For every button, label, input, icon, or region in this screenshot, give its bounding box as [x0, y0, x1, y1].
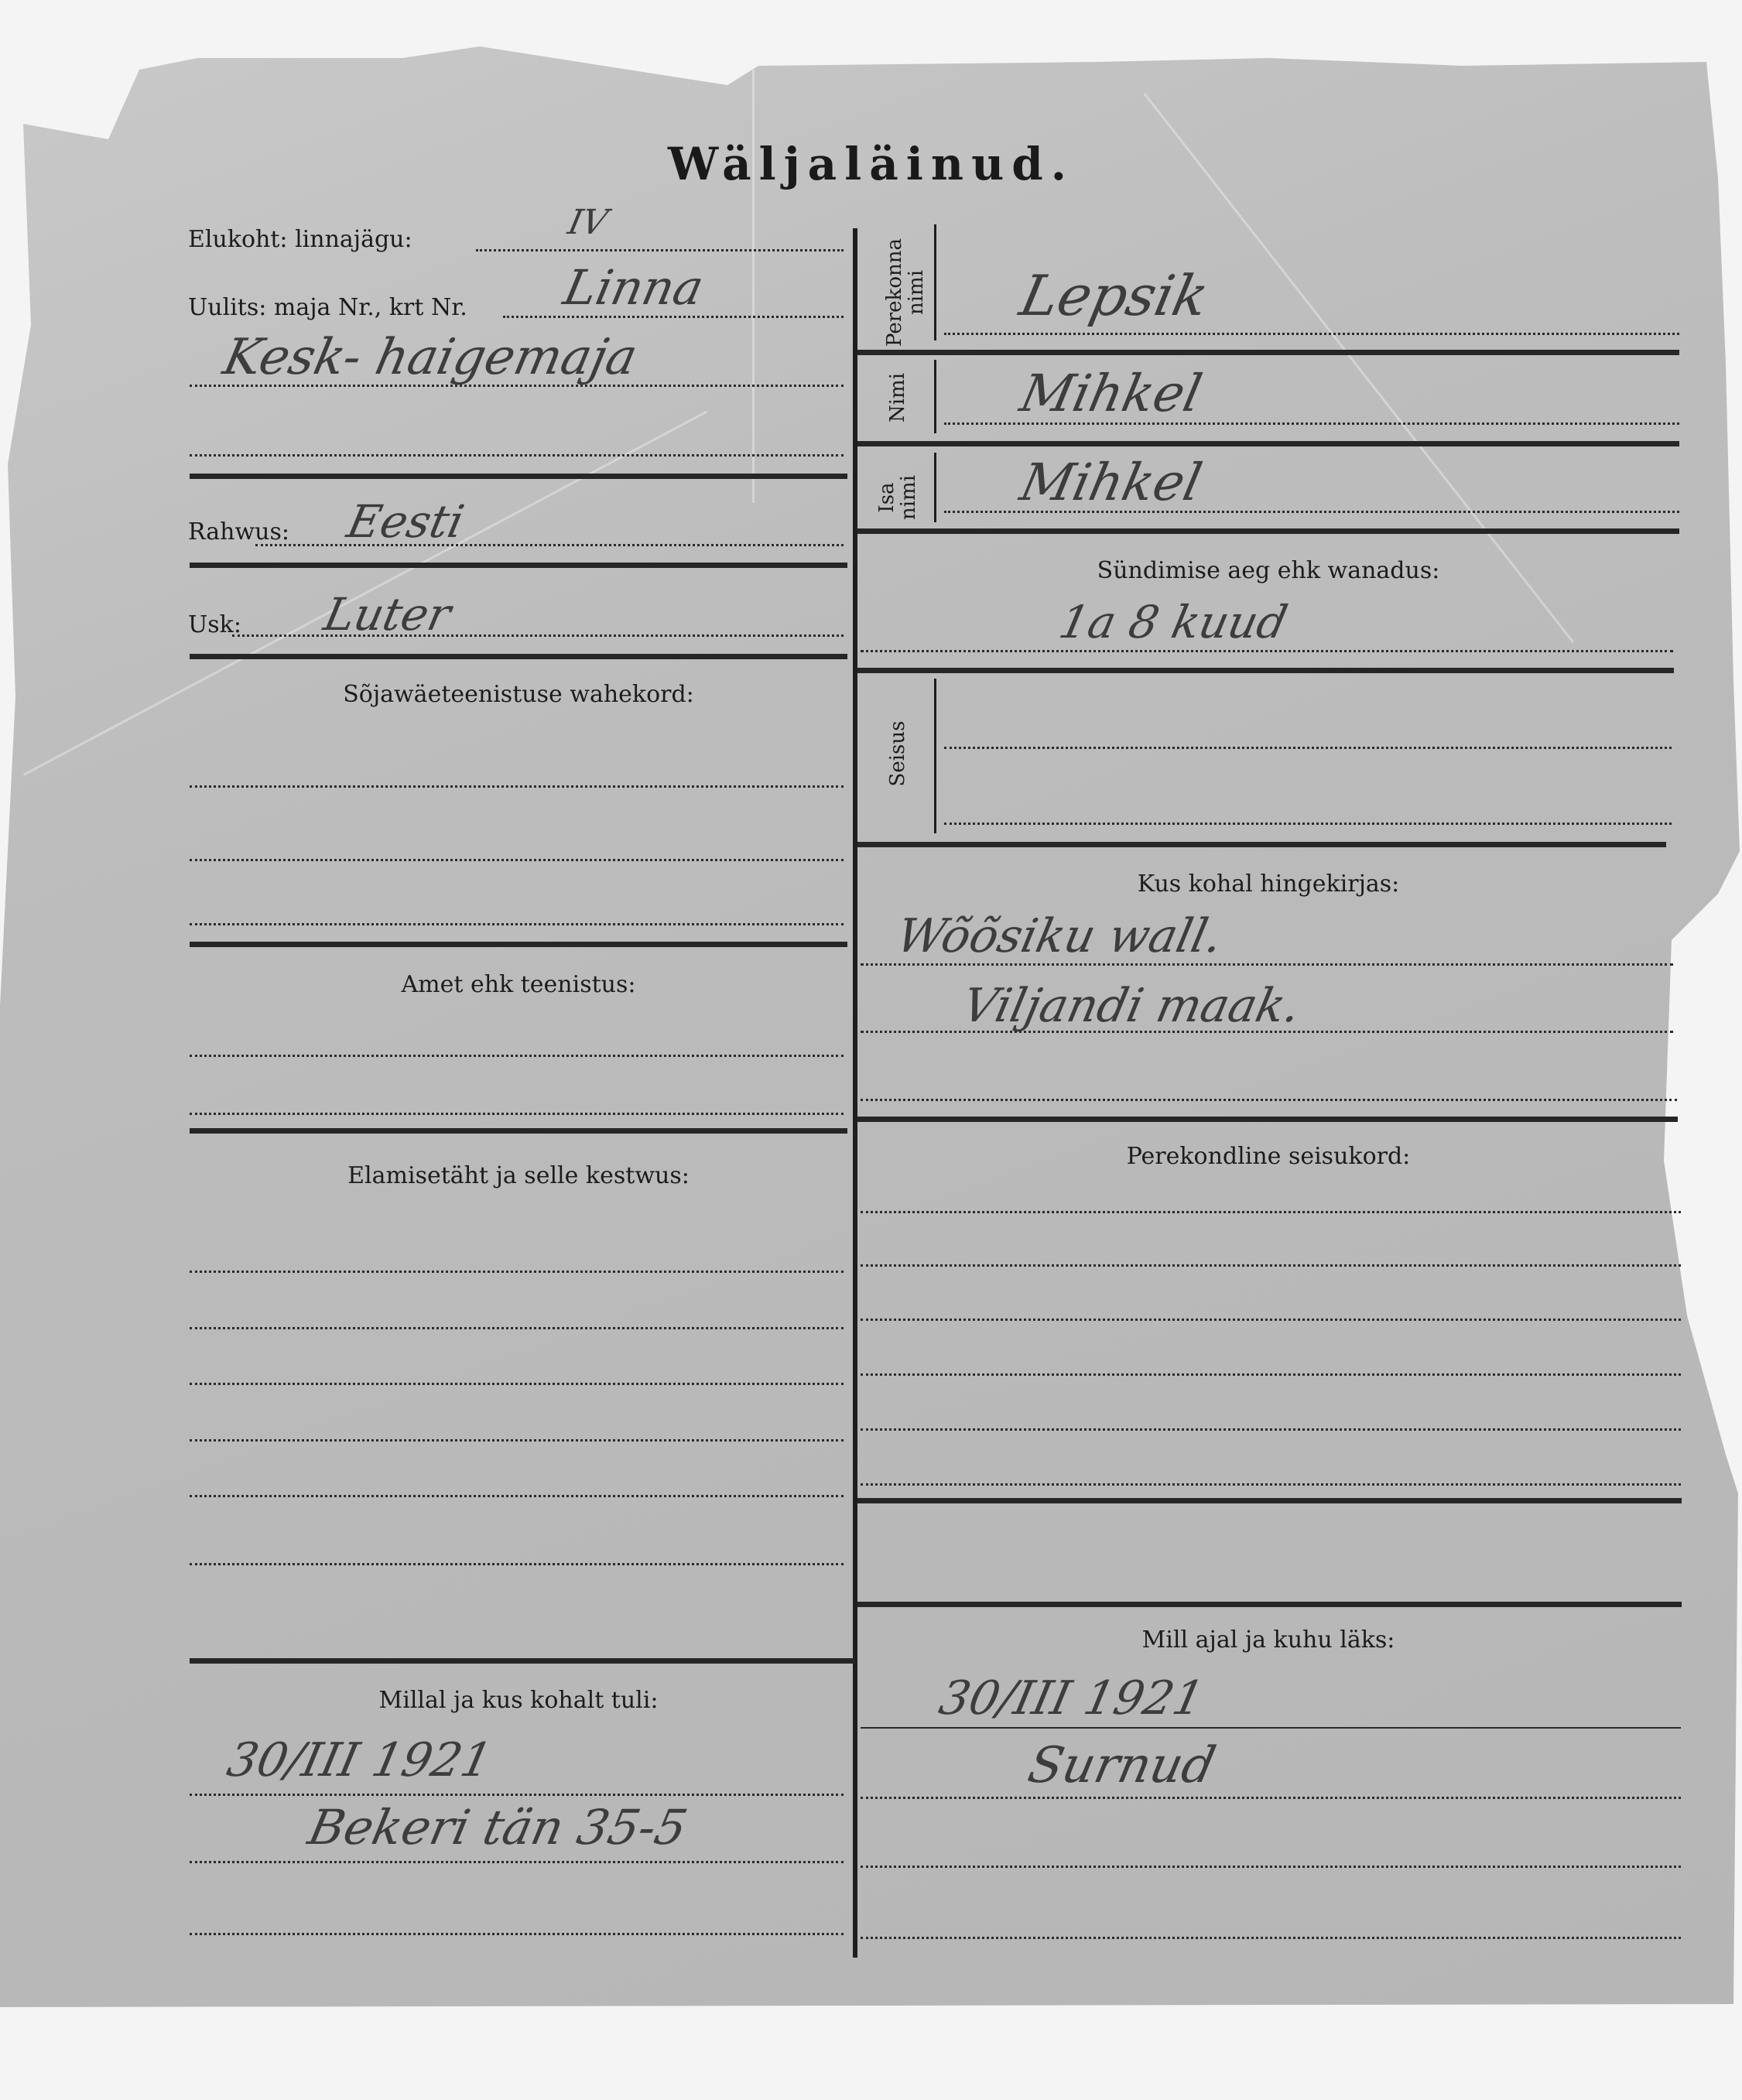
paper-crease	[752, 70, 755, 503]
sojavae-line-1	[190, 785, 844, 788]
elamise-label: Elamisetäht ja selle kestwus:	[190, 1162, 847, 1189]
usk-value: Luter	[320, 588, 456, 641]
elamise-line-5	[190, 1495, 844, 1497]
name-block-divider	[934, 453, 936, 522]
perekonna-value: Lepsik	[1015, 263, 1214, 328]
sojavae-line-2	[190, 859, 844, 861]
sojavae-label: Sõjawäeteenistuse wahekord:	[190, 681, 847, 708]
sundimise-value: 1a 8 kuud	[1055, 596, 1292, 648]
rahwus-value: Eesti	[343, 495, 469, 548]
section-rule	[857, 1498, 1682, 1503]
section-rule	[857, 1117, 1678, 1122]
hingekirjas-label: Kus kohal hingekirjas:	[857, 870, 1679, 898]
elamise-line-3	[190, 1383, 844, 1385]
perekondline-line-3	[861, 1318, 1681, 1321]
millal-tuli-label: Millal ja kus kohalt tuli:	[190, 1687, 847, 1714]
millal-tuli-line-1	[190, 1794, 844, 1796]
elamise-line-6	[190, 1563, 844, 1565]
name-block-divider	[934, 360, 936, 433]
perekondline-line-4	[861, 1373, 1681, 1376]
seisus-label: Seisus	[887, 715, 909, 792]
amet-label: Amet ehk teenistus:	[190, 971, 847, 998]
lahkus-label: Mill ajal ja kuhu läks:	[857, 1626, 1679, 1654]
perekonna-label: Perekonna nimi	[884, 234, 927, 351]
hingekirjas-line-2	[861, 1031, 1673, 1033]
perekondline-line-1	[861, 1211, 1681, 1213]
millal-tuli-line-2	[190, 1861, 844, 1863]
isa-value: Mihkel	[1015, 453, 1207, 512]
amet-line-2	[190, 1113, 844, 1115]
uulits-line	[503, 316, 844, 318]
lahkus-line-1	[861, 1727, 1681, 1729]
millal-tuli-date: 30/III 1921	[223, 1733, 497, 1787]
section-rule	[190, 654, 847, 659]
elukoht-label: Elukoht: linnajägu:	[188, 226, 412, 253]
perekondline-line-2	[861, 1264, 1681, 1267]
hingekirjas-value-1: Wõõsiku wall.	[892, 909, 1227, 963]
sojavae-line-3	[190, 923, 844, 925]
hingekirjas-line-1	[861, 963, 1673, 966]
section-rule	[857, 842, 1666, 847]
section-rule	[857, 528, 1679, 534]
nimi-value: Mihkel	[1015, 364, 1207, 423]
section-rule	[190, 563, 847, 568]
seisus-line-1	[944, 747, 1672, 749]
lahkus-line-3	[861, 1866, 1681, 1868]
millal-tuli-place: Bekeri tän 35-5	[303, 1799, 692, 1855]
uulits-label: Uulits: maja Nr., krt Nr.	[188, 294, 467, 321]
seisus-divider	[934, 679, 936, 833]
name-block-divider	[934, 224, 936, 340]
isa-label: Isa nimi	[876, 459, 919, 536]
seisus-line-2	[944, 823, 1672, 825]
perekondline-line-5	[861, 1428, 1681, 1431]
nimi-label: Nimi	[887, 351, 909, 444]
sundimise-line	[861, 650, 1673, 652]
rahwus-label: Rahwus:	[188, 518, 289, 546]
section-rule	[190, 1658, 855, 1664]
lahkus-reason: Surnud	[1023, 1737, 1220, 1794]
lahkus-line-2	[861, 1797, 1681, 1799]
section-rule	[857, 441, 1679, 446]
elamise-line-1	[190, 1271, 844, 1273]
perekondline-label: Perekondline seisukord:	[857, 1143, 1679, 1170]
millal-tuli-line-3	[190, 1933, 844, 1935]
perekonna-line	[944, 333, 1679, 335]
amet-line-1	[190, 1055, 844, 1057]
hingekirjas-line-3	[861, 1099, 1677, 1101]
elamise-line-2	[190, 1327, 844, 1329]
lahkus-date: 30/III 1921	[935, 1671, 1209, 1725]
address-value: Kesk- haigemaja	[218, 329, 642, 386]
section-rule	[190, 942, 847, 947]
hingekirjas-value-2: Viljandi maak.	[958, 979, 1306, 1033]
section-rule	[190, 1128, 847, 1134]
section-rule	[857, 350, 1679, 355]
uulits-value: Linna	[559, 259, 708, 316]
section-rule	[190, 474, 847, 479]
lahkus-line-4	[861, 1937, 1681, 1939]
section-rule	[857, 668, 1674, 673]
elamise-line-4	[190, 1439, 844, 1442]
perekondline-line-6	[861, 1483, 1681, 1486]
address-line-2	[190, 454, 844, 457]
column-divider	[853, 228, 857, 1958]
form-title: Wäljaläinud.	[0, 138, 1742, 190]
sundimise-label: Sündimise aeg ehk wanadus:	[857, 557, 1679, 584]
elukoht-line	[476, 249, 844, 251]
section-rule	[857, 1602, 1682, 1607]
